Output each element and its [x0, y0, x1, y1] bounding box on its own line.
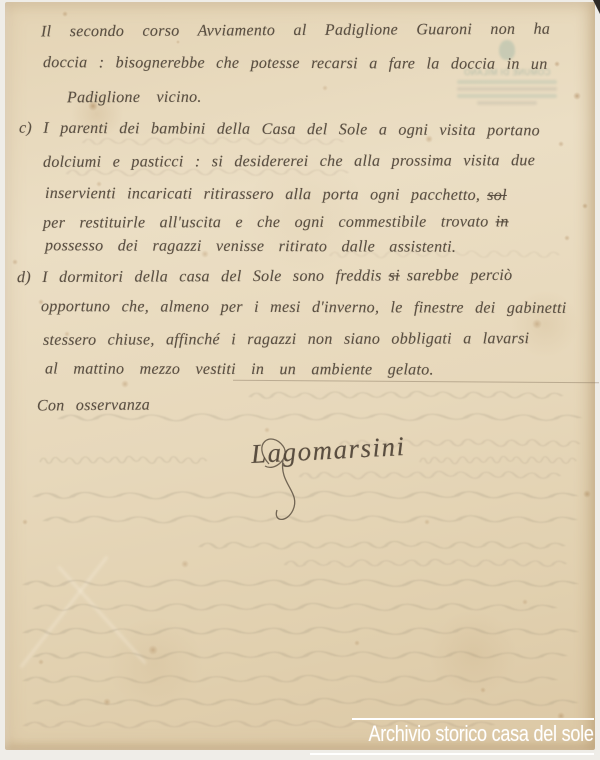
letter-line: doccia : bisognerebbe che potesse recars… [43, 54, 548, 74]
letter-page: COMUNE DI MILANO Il secondo corso Avviam… [5, 2, 595, 750]
ghost-writing-line [300, 471, 560, 478]
letter-line: c) I parenti dei bambini della Casa del … [19, 120, 540, 141]
letter-line: stessero chiuse, affinché i ragazzi non … [43, 330, 529, 350]
ghost-writing-line [35, 698, 576, 705]
ghost-writing-line [45, 515, 575, 522]
stamp-ghost-line [457, 87, 557, 91]
ghost-writing-line [200, 541, 564, 548]
watermark-label: Archivio storico casa del sole [369, 721, 594, 747]
ghost-writing-line [250, 391, 562, 398]
letter-line: dolciumi e pasticci : si desidererei che… [43, 152, 535, 172]
ghost-writing-line [285, 559, 566, 566]
letter-line: al mattino mezzo vestiti in un ambiente … [45, 360, 434, 379]
ghost-writing-line [40, 456, 206, 463]
letter-line: opportuno che, almeno per i mesi d'inver… [41, 298, 567, 318]
letter-line: per restituirle all'uscita e che ogni co… [43, 213, 509, 232]
signature: Lagomarsini [250, 431, 406, 470]
watermark-rule-bottom [310, 753, 594, 755]
ghost-writing-line [25, 579, 576, 586]
paper-crease [58, 566, 146, 664]
letter-line: possesso dei ragazzi venisse ritirato da… [45, 237, 456, 256]
ghost-writing-line [25, 627, 576, 634]
watermark-rule-top [352, 718, 594, 720]
stamp-ghost-line [477, 101, 537, 105]
letter-line: Il secondo corso Avviamento al Padiglion… [41, 21, 550, 42]
ghost-writing-line [420, 456, 576, 463]
stamp-ghost-line [457, 94, 557, 98]
ghost-writing-line [35, 651, 565, 658]
letter-line: inservienti incaricati ritirassero alla … [45, 185, 507, 205]
letter-line: Padiglione vicino. [67, 89, 202, 107]
stamp-ghost-line [457, 80, 557, 84]
ghost-writing-line [35, 491, 576, 498]
letter-line: d) I dormitori della casa del Sole sono … [17, 267, 512, 287]
pencil-rule [233, 380, 599, 384]
archive-watermark: Archivio storico casa del sole [304, 721, 594, 756]
ghost-writing-line [35, 603, 555, 610]
letter-closing: Con osservanza [37, 397, 150, 416]
ghost-writing-line [25, 675, 555, 682]
